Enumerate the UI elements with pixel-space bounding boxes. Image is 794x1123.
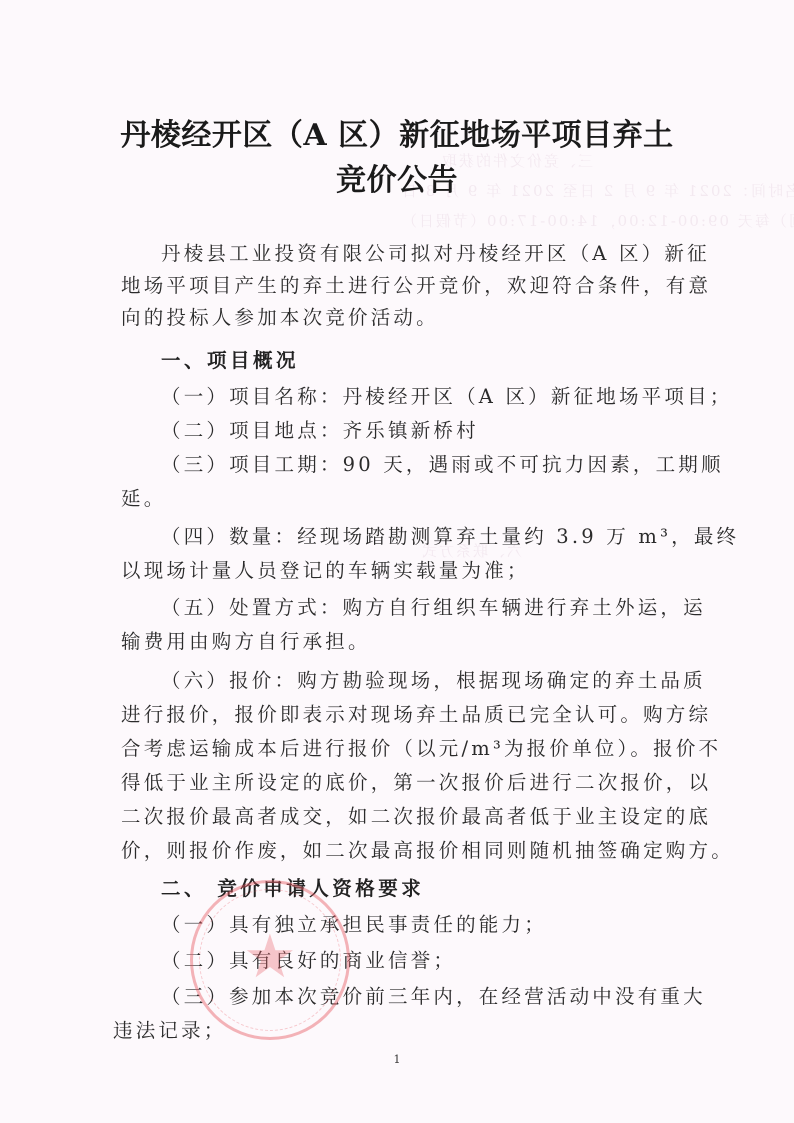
item-project-name: （一）项目名称：丹棱经开区（A 区）新征地场平项目； — [161, 384, 732, 410]
bleed-through-text: （北京时间）每天 09:00-12:00，14:00-17:00（节假日） — [400, 210, 794, 231]
item-quantity-cont: 以现场计量人员登记的车辆实载量为准； — [121, 558, 530, 584]
page-number: 1 — [0, 1053, 794, 1066]
document-title-line1: 丹棱经开区（A 区）新征地场平项目弃土 — [0, 110, 794, 154]
document-title-line2: 竞价公告 — [0, 155, 794, 199]
item-quotation-cont: 二次报价最高者成交，如二次报价最高者低于业主设定的底 — [121, 804, 711, 830]
intro-line: 向的投标人参加本次竞价活动。 — [121, 305, 439, 331]
star-icon: ★ — [243, 927, 297, 987]
item-disposal: （五）处置方式：购方自行组织车辆进行弃土外运，运 — [161, 595, 706, 621]
intro-line: 地场平项目产生的弃土进行公开竞价，欢迎符合条件，有意 — [121, 273, 711, 299]
company-seal-stamp: ★ — [190, 880, 350, 1040]
item-disposal-cont: 输费用由购方自行承担。 — [121, 629, 371, 655]
item-quotation-cont: 得低于业主所设定的底价，第一次报价后进行二次报价，以 — [121, 770, 711, 796]
section-heading-project-overview: 一、项目概况 — [161, 348, 299, 374]
document-page: 三、竞价文件的获取 （一）报名时间：2021 年 9 月 2 日至 2021 年… — [0, 0, 794, 1123]
item-quotation-cont: 进行报价，报价即表示对现场弃土品质已完全认可。购方综 — [121, 702, 711, 728]
item-project-duration-cont: 延。 — [121, 486, 166, 512]
item-quotation-cont: 价，则报价作废，如二次最高报价相同则随机抽签确定购方。 — [121, 838, 734, 864]
intro-line: 丹棱县工业投资有限公司拟对丹棱经开区（A 区）新征 — [161, 241, 710, 267]
item-quotation-cont: 合考虑运输成本后进行报价（以元/m³为报价单位）。报价不 — [121, 736, 721, 762]
item-project-duration: （三）项目工期：90 天，遇雨或不可抗力因素，工期顺 — [161, 452, 724, 478]
item-quotation: （六）报价：购方勘验现场，根据现场确定的弃土品质 — [161, 668, 706, 694]
item-no-violations-cont: 违法记录； — [113, 1018, 227, 1044]
item-project-location: （二）项目地点：齐乐镇新桥村 — [161, 418, 479, 444]
item-quantity: （四）数量：经现场踏勘测算弃土量约 3.9 万 m³，最终 — [161, 524, 739, 550]
